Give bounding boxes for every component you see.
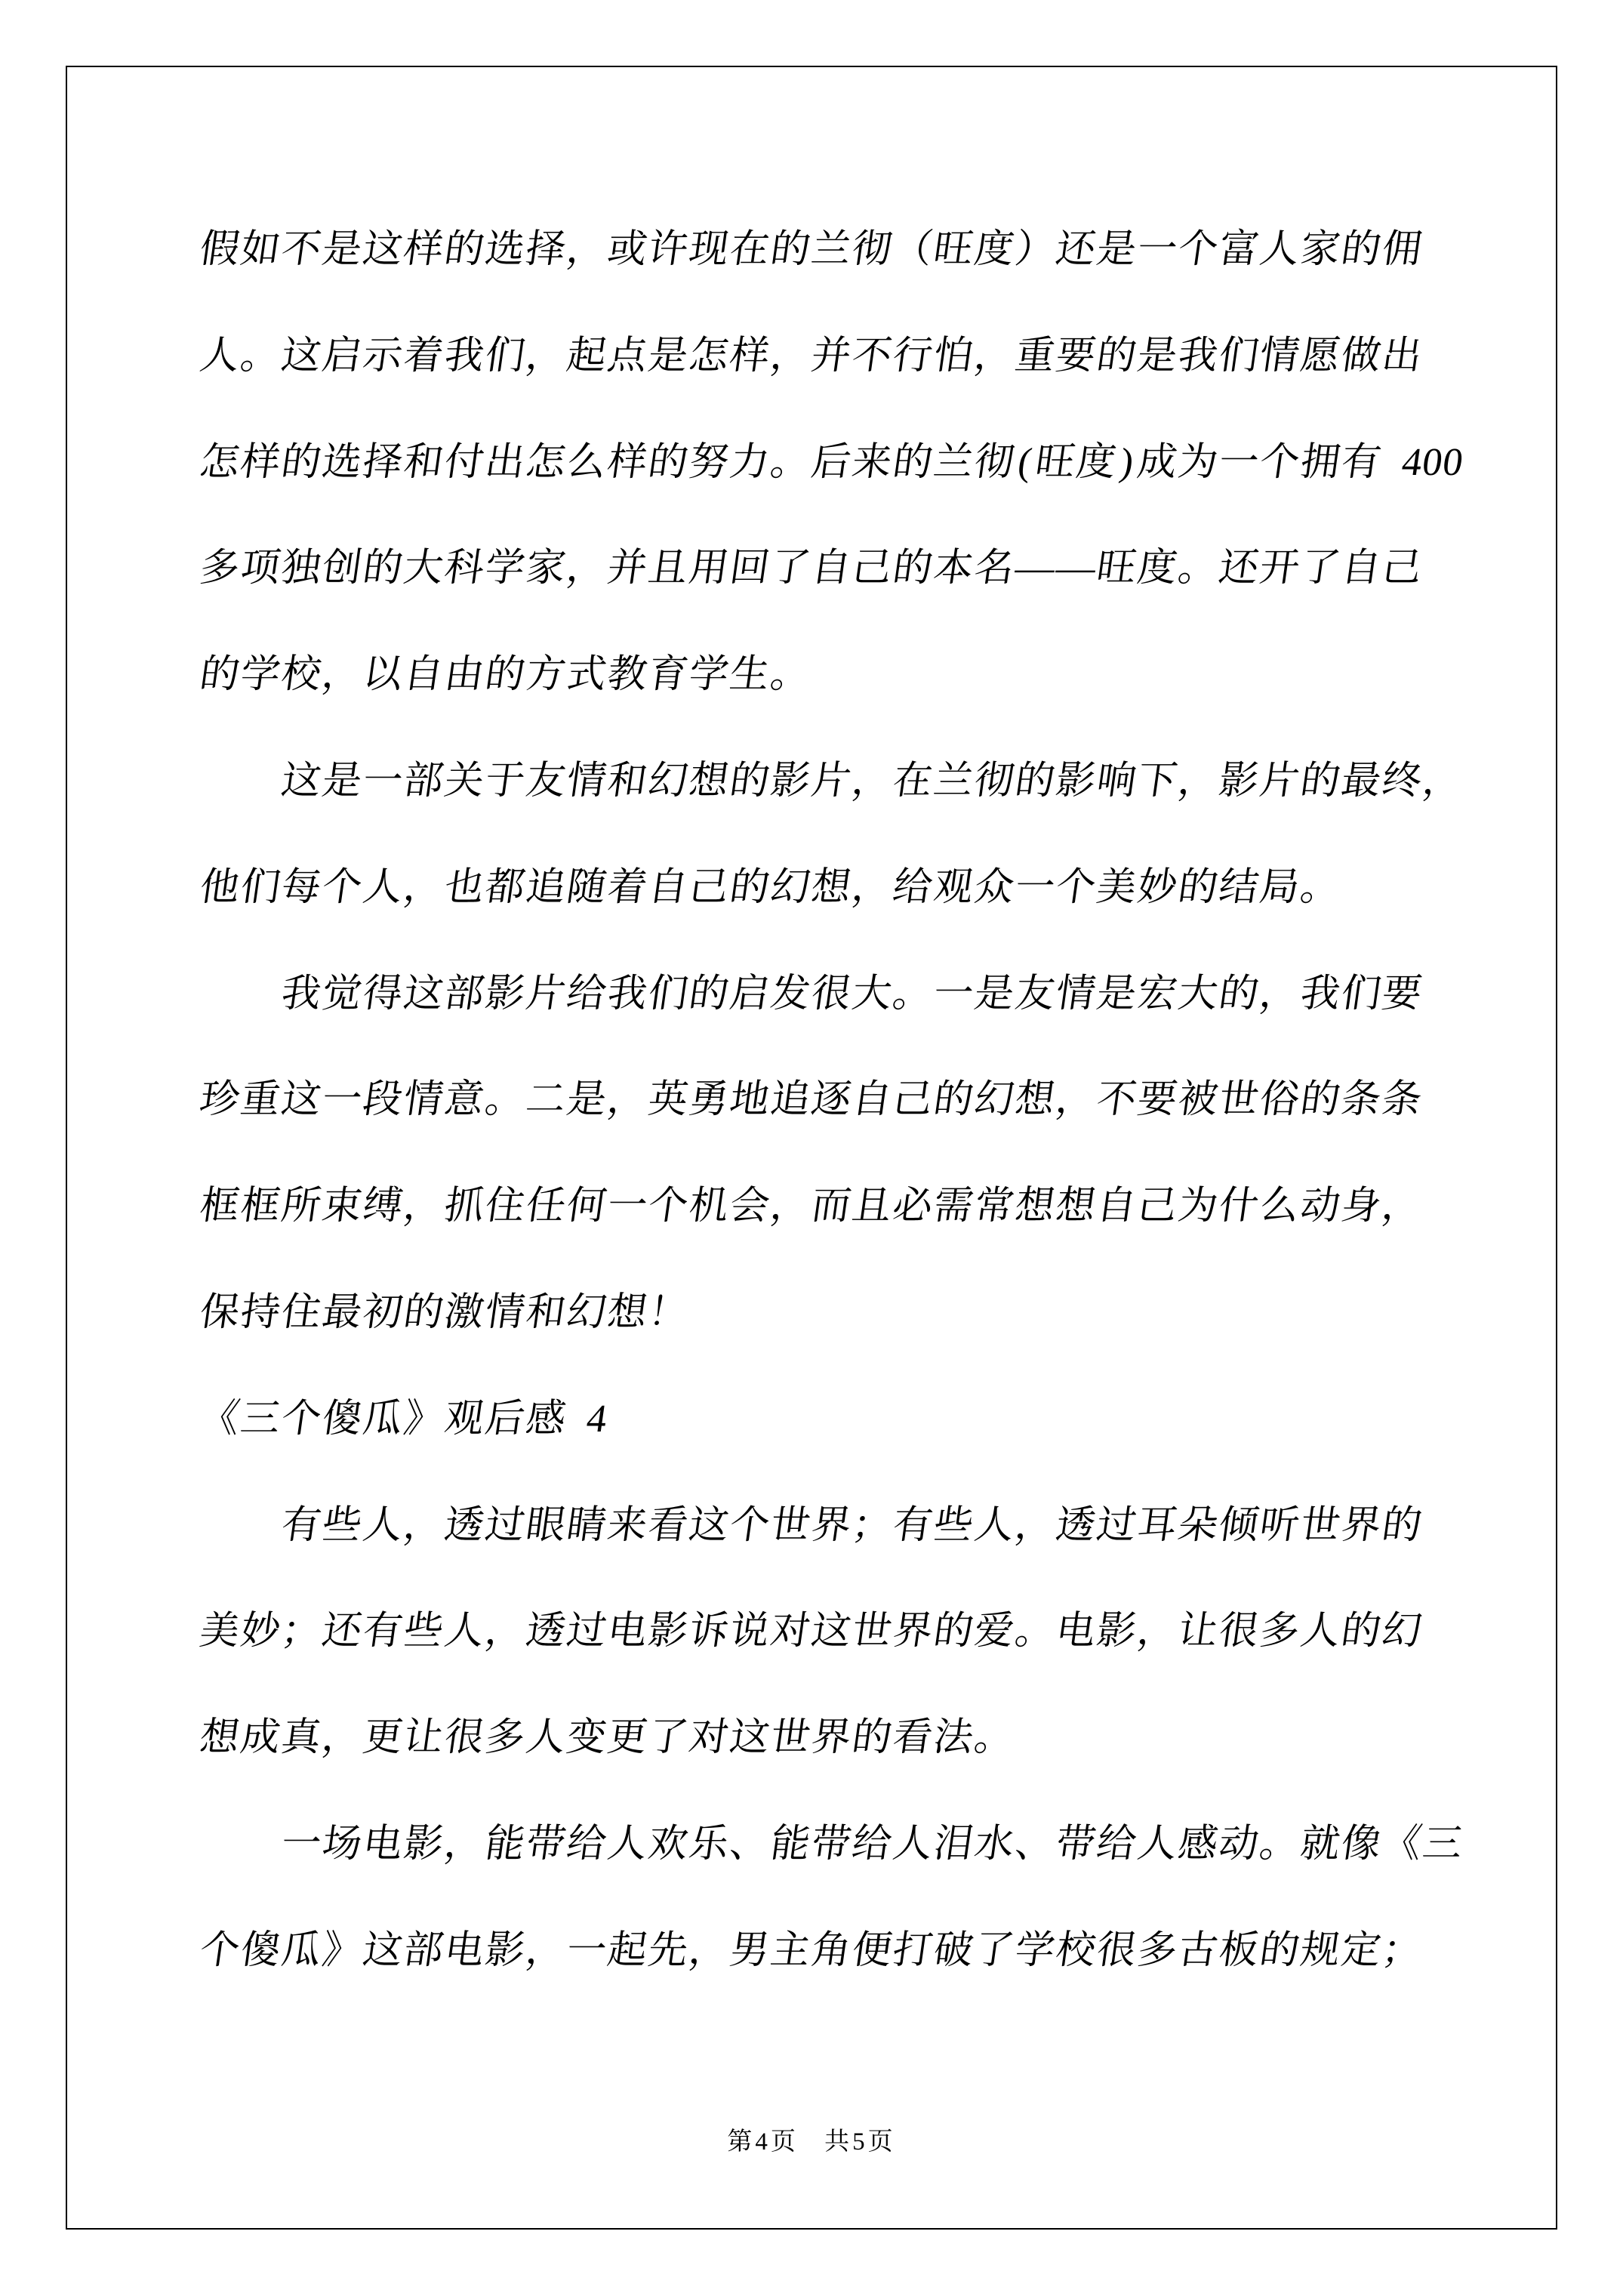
section-heading: 《三个傻瓜》观后感 4 — [192, 1367, 1490, 1473]
text-line: 假如不是这样的选择，或许现在的兰彻（旺度）还是一个富人家的佣 — [192, 197, 1490, 304]
text-line: 人。这启示着我们，起点是怎样，并不行怕，重要的是我们情愿做出 — [192, 304, 1490, 410]
text-line: 有些人，透过眼睛来看这个世界；有些人，透过耳朵倾听世界的 — [192, 1473, 1490, 1579]
page-number-footer: 第4页 共5页 — [0, 2128, 1623, 2156]
text-line: 一场电影，能带给人欢乐、能带给人泪水、带给人感动。就像《三 — [192, 1792, 1490, 1898]
document-text: 假如不是这样的选择，或许现在的兰彻（旺度）还是一个富人家的佣 人。这启示着我们，… — [199, 197, 1483, 2005]
text-line: 珍重这一段情意。二是，英勇地追逐自己的幻想，不要被世俗的条条 — [192, 1047, 1490, 1154]
text-line: 的学校，以自由的方式教育学生。 — [192, 622, 1490, 729]
text-line: 多项独创的大科学家，并且用回了自己的本名——旺度。还开了自己 — [192, 516, 1490, 622]
document-page: 假如不是这样的选择，或许现在的兰彻（旺度）还是一个富人家的佣 人。这启示着我们，… — [0, 0, 1623, 2296]
text-line: 保持住最初的激情和幻想！ — [192, 1260, 1490, 1367]
text-line: 我觉得这部影片给我们的启发很大。一是友情是宏大的，我们要 — [192, 942, 1490, 1048]
text-line: 想成真，更让很多人变更了对这世界的看法。 — [192, 1685, 1490, 1792]
text-line: 怎样的选择和付出怎么样的努力。后来的兰彻(旺度)成为一个拥有 400 — [192, 410, 1490, 516]
text-line: 个傻瓜》这部电影，一起先，男主角便打破了学校很多古板的规定； — [192, 1898, 1490, 2005]
text-line: 这是一部关于友情和幻想的影片，在兰彻的影响下，影片的最终， — [192, 729, 1490, 835]
text-line: 美妙；还有些人，透过电影诉说对这世界的爱。电影，让很多人的幻 — [192, 1579, 1490, 1685]
text-line: 他们每个人，也都追随着自己的幻想，给观众一个美妙的结局。 — [192, 835, 1490, 942]
text-line: 框框所束缚，抓住任何一个机会，而且必需常想想自己为什么动身， — [192, 1154, 1490, 1260]
